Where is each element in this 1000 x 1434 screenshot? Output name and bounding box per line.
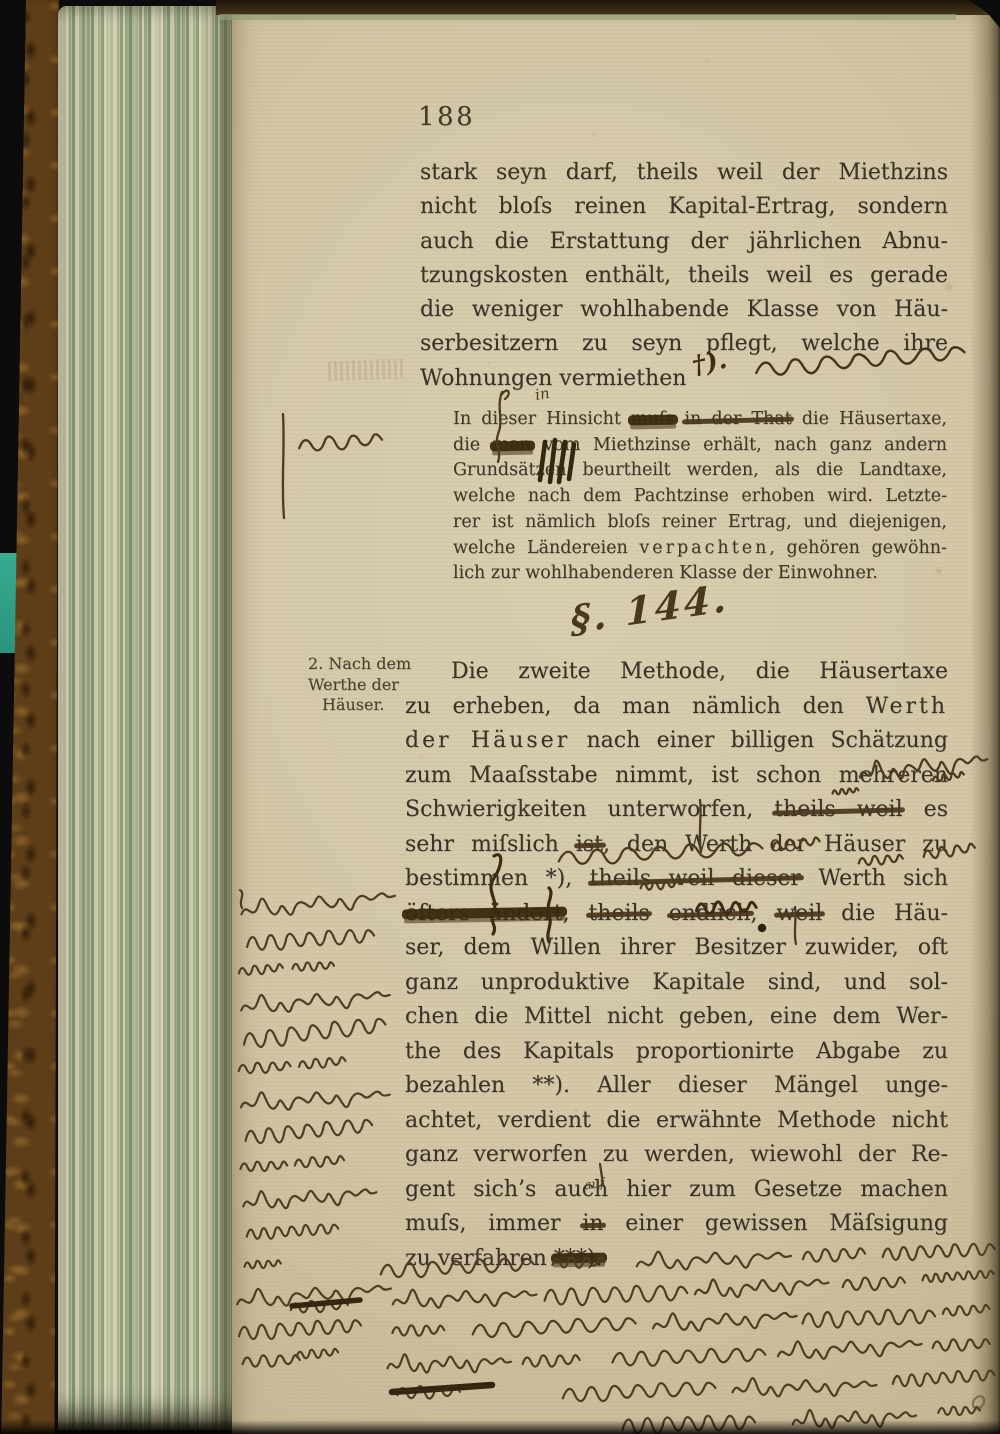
text-segment: nach einer billigen Schätzung bbox=[570, 728, 948, 753]
text-segment: Werthe der bbox=[308, 675, 399, 694]
text-line: the des Kapitals proportionirte Abgabe z… bbox=[405, 1035, 948, 1070]
text-line: Die zweite Methode, die Häusertaxe bbox=[405, 655, 948, 690]
text-segment: ist bbox=[576, 832, 603, 857]
text-line: Werthe der bbox=[308, 675, 412, 696]
text-line: Grundsätzen beurtheilt werden, als die L… bbox=[453, 458, 947, 484]
text-segment: zum Maaſsstabe nimmt, ist schon mehreren bbox=[405, 763, 948, 788]
text-line: Schwierigkeiten unterworfen, theils weil… bbox=[405, 793, 948, 828]
text-line: In dieser Hinsicht muſs in der That die … bbox=[453, 407, 947, 433]
text-segment: welche Ländereien bbox=[453, 538, 639, 558]
text-segment: welche nach dem Pachtzinse erhoben wird.… bbox=[453, 486, 947, 506]
paragraph-2: Die zweite Methode, die Häusertaxezu erh… bbox=[405, 655, 948, 1276]
text-segment: achtet, verdient die erwähnte Methode ni… bbox=[405, 1108, 948, 1133]
text-segment: muſs bbox=[631, 409, 674, 429]
text-line: Wohnungen vermiethen bbox=[420, 362, 948, 396]
text-line: bezahlen **). Aller dieser Mängel unge- bbox=[405, 1069, 948, 1104]
text-segment: Werth bbox=[866, 694, 948, 719]
book-scan-photo: 188 stark seyn darf, theils weil der Mie… bbox=[0, 0, 1000, 1434]
text-line: sehr miſslich ist, den Werth der Häuser … bbox=[405, 828, 948, 863]
text-line: zu verfahren ***). bbox=[405, 1242, 948, 1277]
text-segment: Wohnungen vermiethen bbox=[420, 366, 686, 391]
text-segment: endlich bbox=[669, 901, 751, 926]
text-segment: the des Kapitals proportionirte Abgabe z… bbox=[405, 1039, 948, 1064]
text-line: muſs, immer in einer gewissen Mäſsigung bbox=[405, 1207, 948, 1242]
text-line: Häuser. bbox=[308, 695, 412, 716]
text-line: stark seyn darf, theils weil der Miethzi… bbox=[420, 156, 948, 190]
text-line: tzungskosten enthält, theils weil es ger… bbox=[420, 259, 948, 293]
handwritten-insert-auf: auf bbox=[583, 1175, 605, 1193]
text-segment: in bbox=[582, 1211, 603, 1236]
text-line: zu erheben, da man nämlich den Werth bbox=[405, 690, 948, 725]
text-segment: auch die Erstattung der jährlichen Abnu- bbox=[420, 229, 948, 254]
text-segment: stark seyn darf, theils weil der Miethzi… bbox=[420, 160, 948, 185]
text-line: ganz verworfen zu werden, wiewohl der Re… bbox=[405, 1138, 948, 1173]
text-segment: verpachten bbox=[639, 538, 769, 558]
text-segment: sehr miſslich bbox=[405, 832, 576, 857]
text-segment: man bbox=[493, 435, 531, 455]
text-segment: in der That bbox=[684, 409, 791, 429]
text-segment: die bbox=[453, 435, 493, 455]
text-line: der Häuser nach einer billigen Schätzung bbox=[405, 724, 948, 759]
text-segment: ser, dem Willen ihrer Besitzer zuwider, … bbox=[405, 935, 948, 960]
page-block-fore-edges bbox=[58, 6, 236, 1430]
text-segment: , den Werth der Häuser zu bbox=[603, 832, 948, 857]
text-segment: es bbox=[903, 797, 948, 822]
footnote-block: In dieser Hinsicht muſs in der That die … bbox=[453, 407, 947, 587]
text-segment: rer ist nämlich bloſs reiner Ertrag, und… bbox=[453, 512, 947, 532]
text-segment: zu verfahren bbox=[405, 1246, 554, 1271]
text-line: die weniger wohlhabende Klasse von Häu- bbox=[420, 293, 948, 327]
text-line: öfters ändert, theils endlich, weil die … bbox=[405, 897, 948, 932]
text-segment: ***). bbox=[554, 1246, 603, 1271]
paragraph-1: stark seyn darf, theils weil der Miethzi… bbox=[420, 156, 948, 396]
text-segment: weil bbox=[776, 901, 822, 926]
blind-stamp-mark bbox=[328, 359, 407, 382]
text-line: welche nach dem Pachtzinse erhoben wird.… bbox=[453, 484, 947, 510]
handwritten-insert-in: in bbox=[534, 384, 551, 404]
text-line: ser, dem Willen ihrer Besitzer zuwider, … bbox=[405, 931, 948, 966]
text-segment: die Häusertaxe, bbox=[792, 409, 947, 429]
text-segment: In dieser Hinsicht bbox=[453, 409, 631, 429]
text-segment: die weniger wohlhabende Klasse von Häu- bbox=[420, 297, 948, 322]
ink-scribble-left-margin bbox=[236, 885, 396, 1368]
text-segment: vom Miethzinse erhält, nach ganz andern bbox=[531, 435, 947, 455]
text-line: nicht bloſs reinen Kapital-Ertrag, sonde… bbox=[420, 190, 948, 224]
text-segment: tzungskosten enthält, theils weil es ger… bbox=[420, 263, 948, 288]
text-segment: serbesitzern zu seyn pflegt, welche ihre bbox=[420, 331, 948, 356]
book-top-edge bbox=[216, 0, 1000, 15]
text-segment bbox=[650, 901, 669, 926]
text-line: gent sich’s auch hier zum Gesetze machen bbox=[405, 1173, 948, 1208]
text-line: achtet, verdient die erwähnte Methode ni… bbox=[405, 1104, 948, 1139]
text-segment: gent sich’s auch hier zum Gesetze machen bbox=[405, 1177, 948, 1202]
text-segment: Werth sich bbox=[801, 866, 948, 891]
page-number: 188 bbox=[418, 102, 475, 132]
text-segment: , gehören gewöhn- bbox=[769, 538, 947, 558]
text-segment: Schwierigkeiten unterworfen, bbox=[405, 797, 774, 822]
text-line: zum Maaſsstabe nimmt, ist schon mehreren bbox=[405, 759, 948, 794]
bottom-shadow bbox=[0, 1420, 1000, 1434]
book-page: 188 stark seyn darf, theils weil der Mie… bbox=[232, 14, 1000, 1434]
text-segment: nicht bloſs reinen Kapital-Ertrag, sonde… bbox=[420, 194, 948, 219]
text-line: auch die Erstattung der jährlichen Abnu- bbox=[420, 225, 948, 259]
text-line: die man vom Miethzinse erhält, nach ganz… bbox=[453, 433, 947, 459]
text-segment: bestimmen *), bbox=[405, 866, 590, 891]
text-segment: Die zweite Methode, die Häusertaxe bbox=[451, 659, 948, 684]
text-segment: einer gewissen Mäſsigung bbox=[604, 1211, 948, 1236]
text-line: rer ist nämlich bloſs reiner Ertrag, und… bbox=[453, 510, 947, 536]
text-segment: zu erheben, da man nämlich den bbox=[405, 694, 866, 719]
text-segment: 2. Nach dem bbox=[308, 654, 411, 673]
gutter-shadow bbox=[970, 14, 1000, 1434]
text-segment: chen die Mittel nicht geben, eine dem We… bbox=[405, 1004, 948, 1029]
text-segment: lich zur wohlhabenderen Klasse der Einwo… bbox=[453, 563, 878, 583]
text-line: bestimmen *), theils weil dieser Werth s… bbox=[405, 862, 948, 897]
text-line: ganz unproduktive Kapitale sind, und sol… bbox=[405, 966, 948, 1001]
text-segment: , bbox=[563, 901, 589, 926]
text-segment: ganz verworfen zu werden, wiewohl der Re… bbox=[405, 1142, 948, 1167]
text-line: welche Ländereien verpachten, gehören ge… bbox=[453, 536, 947, 562]
text-segment: theils bbox=[588, 901, 649, 926]
text-segment: theils weil bbox=[774, 797, 902, 822]
text-segment: bezahlen **). Aller dieser Mängel unge- bbox=[405, 1073, 948, 1098]
text-segment: Grundsätzen beurtheilt werden, als die L… bbox=[453, 460, 947, 480]
text-segment: die Häu- bbox=[822, 901, 948, 926]
text-segment: theils weil dieser bbox=[590, 866, 801, 891]
text-line: 2. Nach dem bbox=[308, 654, 412, 675]
text-segment: Häuser. bbox=[322, 695, 384, 714]
book-cover-marbled-edge bbox=[0, 0, 62, 1434]
text-segment: der Häuser bbox=[405, 728, 570, 753]
text-segment: ganz unproduktive Kapitale sind, und sol… bbox=[405, 970, 948, 995]
text-segment: muſs, immer bbox=[405, 1211, 582, 1236]
printed-margin-note: 2. Nach demWerthe derHäuser. bbox=[308, 654, 412, 716]
text-line: chen die Mittel nicht geben, eine dem We… bbox=[405, 1000, 948, 1035]
text-segment: öfters ändert bbox=[405, 901, 563, 926]
text-segment: , bbox=[751, 901, 777, 926]
text-line: serbesitzern zu seyn pflegt, welche ihre bbox=[420, 327, 948, 361]
